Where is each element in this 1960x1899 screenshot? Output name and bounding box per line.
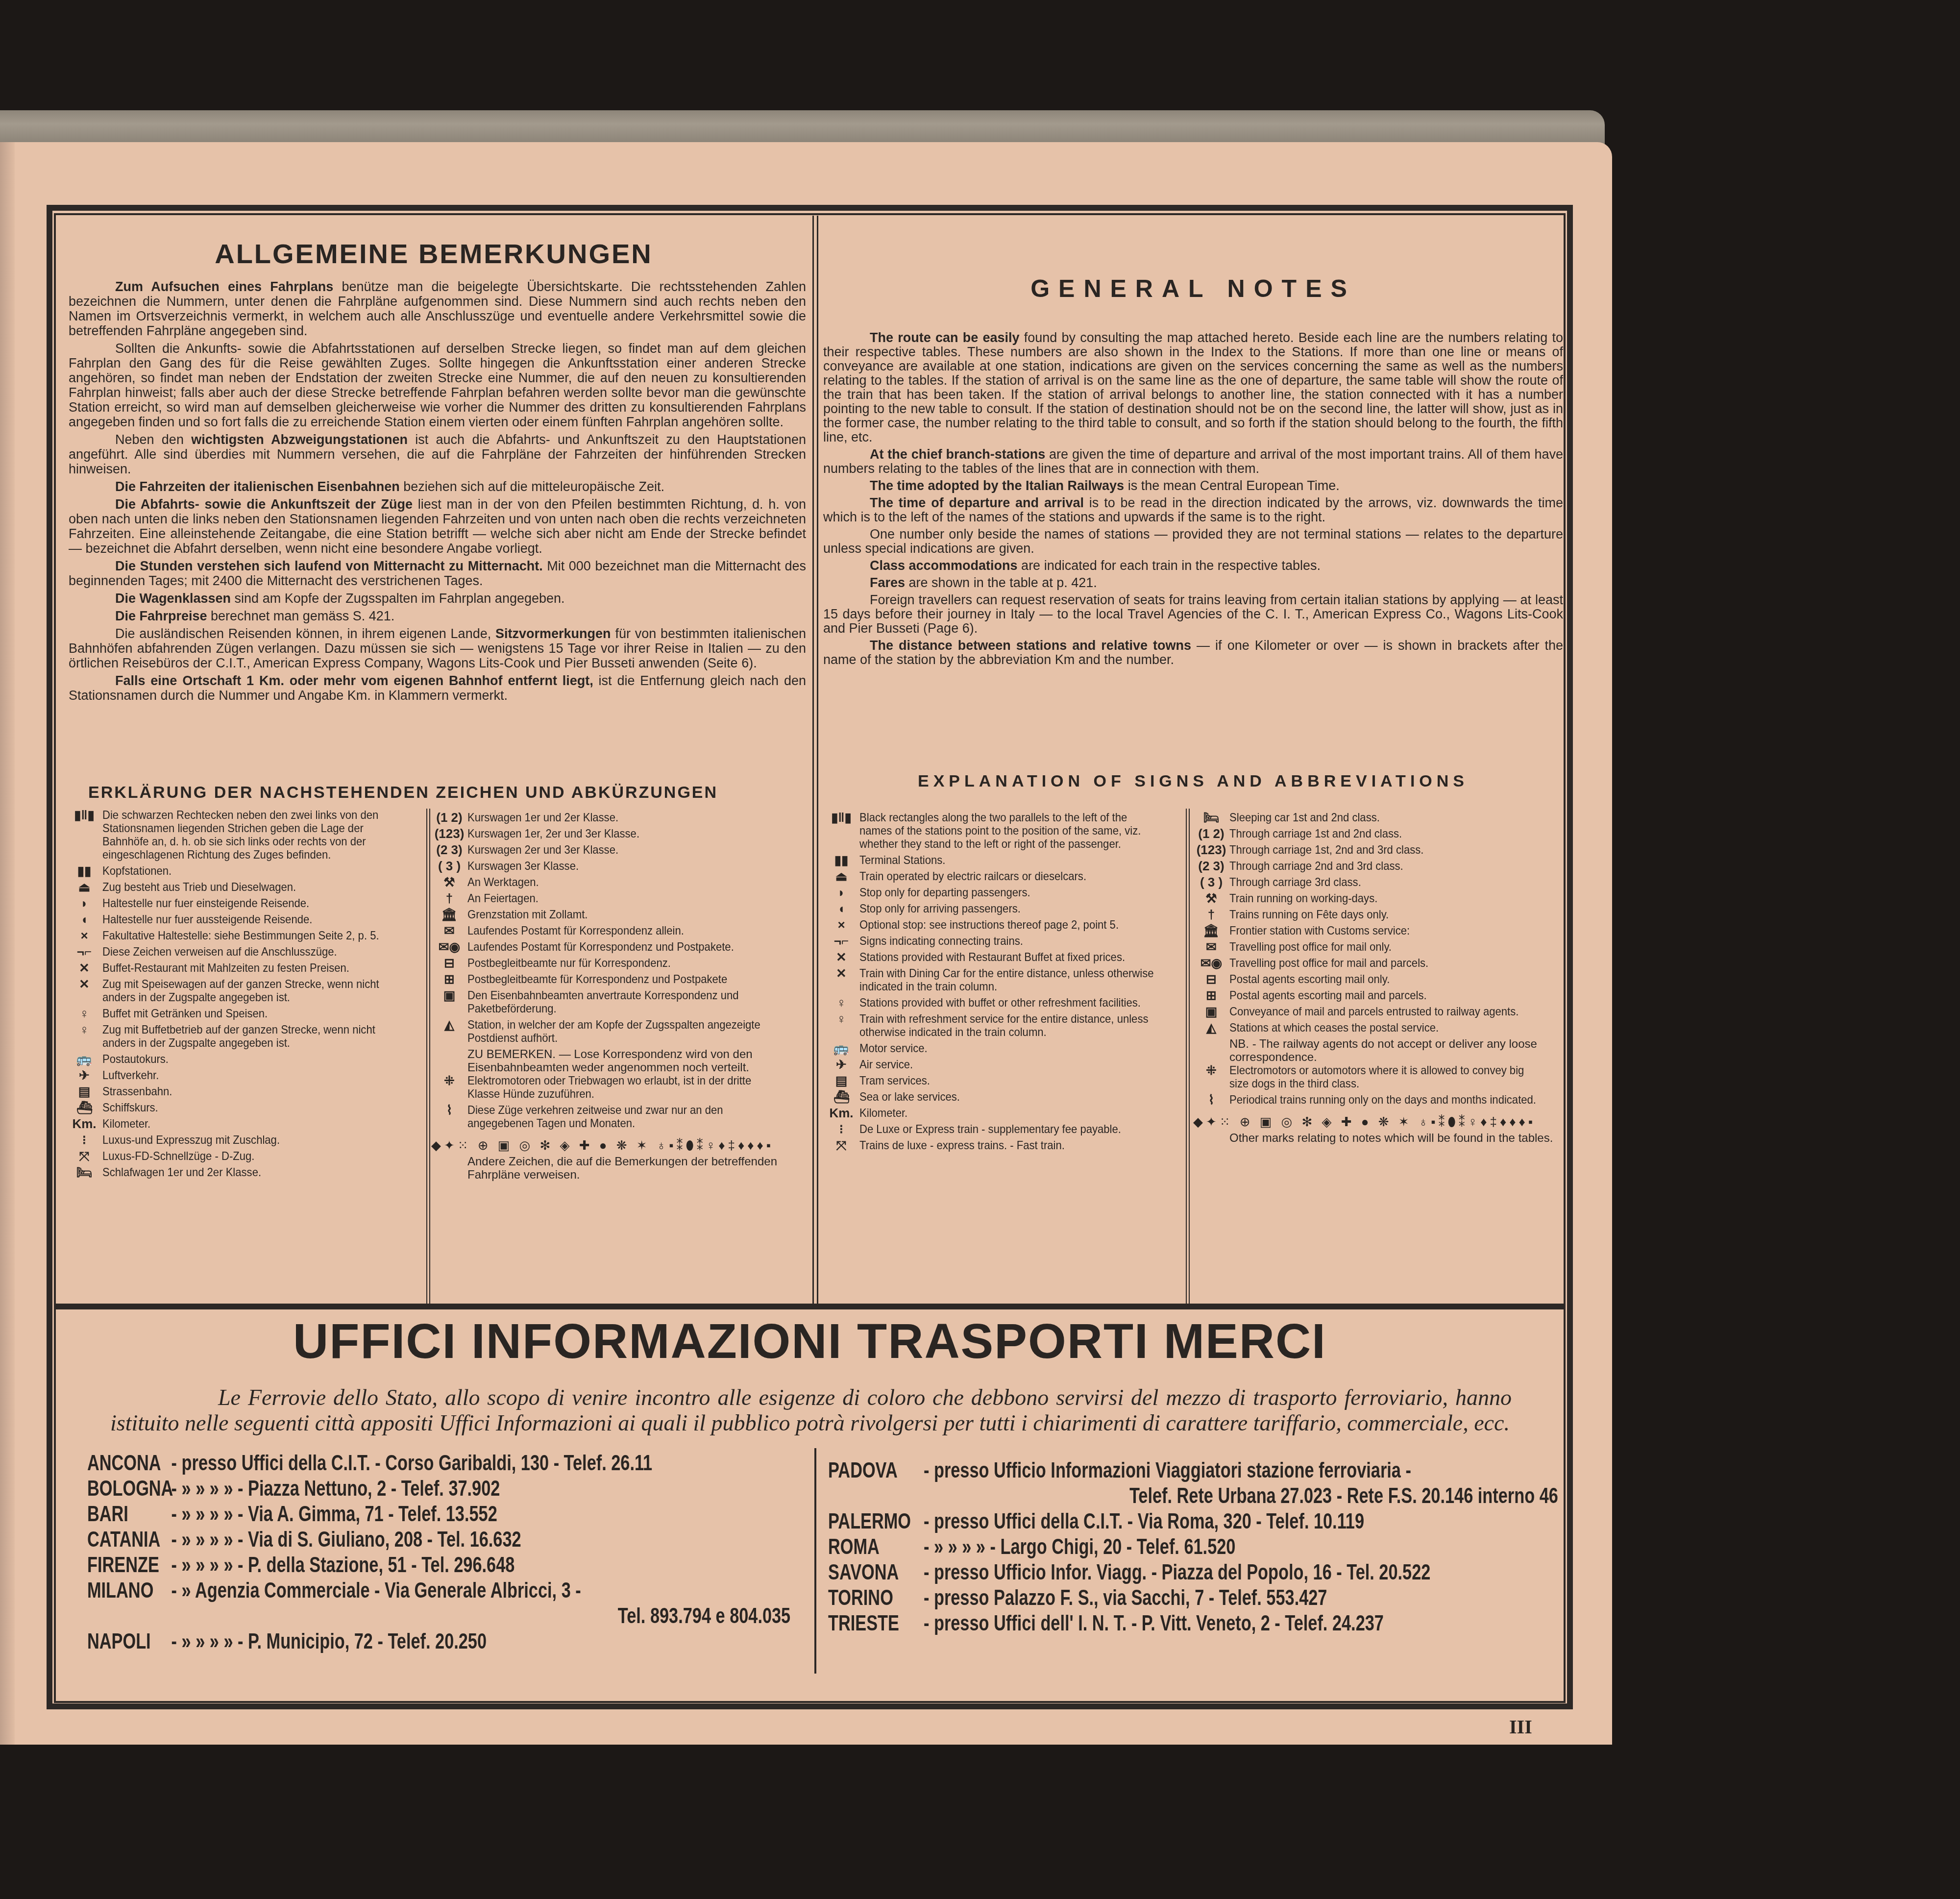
- note-paragraph: One number only beside the names of stat…: [823, 527, 1563, 556]
- paragraph-lead: Fares: [870, 575, 905, 590]
- legend-row: ¬⌐Signs indicating connecting trains.: [823, 935, 1183, 948]
- book-gutter: [0, 142, 15, 1745]
- legend-row: ⤧Trains de luxe - express trains. - Fast…: [823, 1139, 1183, 1152]
- legend-row: ⊟Postal agents escorting mail only.: [1193, 973, 1566, 986]
- station-position-bars-icon: ▮‖▮: [66, 809, 102, 862]
- paragraph-text: Sollten die Ankunfts- sowie die Abfahrts…: [69, 341, 806, 429]
- legend-row: (123)Through carriage 1st, 2nd and 3rd c…: [1193, 843, 1566, 857]
- customs-building-icon: 🏛: [1193, 924, 1229, 937]
- dogs-allowed-icon: ⁜: [1193, 1064, 1229, 1090]
- office-row: ROMA- » » » » - Largo Chigi, 20 - Telef.…: [828, 1534, 1573, 1560]
- legend-row: ✉◉Travelling post office for mail and pa…: [1193, 957, 1566, 970]
- legend-text: Sea or lake services.: [859, 1090, 1157, 1104]
- legend-text: Travelling post office for mail and parc…: [1229, 957, 1539, 970]
- legend-text: Air service.: [859, 1058, 1157, 1071]
- uffici-intro: Le Ferrovie dello Stato, allo scopo di v…: [110, 1385, 1512, 1436]
- legend-row: ▮▮Kopfstationen.: [66, 864, 424, 878]
- legend-text: Motor service.: [859, 1042, 1157, 1055]
- legend-text: Kurswagen 2er und 3er Klasse.: [467, 843, 781, 857]
- legend-text: Luxus-FD-Schnellzüge - D-Zug.: [102, 1150, 398, 1163]
- legend-row: ( 3 )Through carriage 3rd class.: [1193, 876, 1566, 889]
- german-title: ALLGEMEINE BEMERKUNGEN: [64, 238, 804, 270]
- terminal-station-icon: ▮▮: [66, 864, 102, 878]
- sleeping-car-icon: 🛏: [66, 1166, 102, 1179]
- paragraph-lead: Falls eine Ortschaft 1 Km. oder mehr vom…: [115, 673, 593, 688]
- paragraph-text: One number only beside the names of stat…: [823, 527, 1563, 556]
- legend-text: Through carriage 1st and 2nd class.: [1229, 827, 1539, 840]
- legend-row: ◗Stop only for departing passengers.: [823, 886, 1183, 899]
- periodical-train-icon: ⌇: [1193, 1093, 1229, 1107]
- german-notes: Zum Aufsuchen eines Fahrplans benütze ma…: [69, 279, 806, 706]
- working-days-icon: ⚒: [431, 876, 467, 889]
- german-legend-right: (1 2)Kurswagen 1er und 2er Klasse.(123)K…: [431, 811, 808, 1182]
- postal-agent-mail-icon: ⊟: [431, 957, 467, 970]
- paragraph-lead: The distance between stations and relati…: [870, 638, 1191, 653]
- legend-row: ⌇Diese Züge verkehren zeitweise und zwar…: [431, 1104, 808, 1130]
- office-details: - » » » » - Piazza Nettuno, 2 - Telef. 3…: [171, 1476, 500, 1502]
- paragraph-lead: Die Fahrpreise: [115, 609, 207, 623]
- kilometer-abbrev-icon: Km.: [66, 1117, 102, 1131]
- office-row: TRIESTE- presso Uffici dell' I. N. T. - …: [828, 1611, 1573, 1636]
- legend-text: Die schwarzen Rechtecken neben den zwei …: [102, 809, 398, 862]
- optional-stop-icon: ×: [66, 929, 102, 942]
- office-details: - » » » » - P. della Stazione, 51 - Tel.…: [171, 1553, 515, 1578]
- legend-text: Train running on working-days.: [1229, 892, 1539, 905]
- postal-service-end-icon: ◭: [431, 1018, 467, 1045]
- working-days-icon: ⚒: [1193, 892, 1229, 905]
- buffet-train-icon: ♀: [66, 1023, 102, 1050]
- legend-text: Schlafwagen 1er und 2er Klasse.: [102, 1166, 398, 1179]
- english-title: GENERAL NOTES: [823, 274, 1563, 303]
- legend-row: ( 3 )Kurswagen 3er Klasse.: [431, 860, 808, 873]
- note-paragraph: The time of departure and arrival is to …: [823, 496, 1563, 524]
- note-paragraph: Falls eine Ortschaft 1 Km. oder mehr vom…: [69, 673, 806, 703]
- office-details: - » » » » - P. Municipio, 72 - Telef. 20…: [171, 1629, 487, 1654]
- office-details: - presso Ufficio Infor. Viagg. - Piazza …: [924, 1560, 1430, 1585]
- legend-text: Optional stop: see instructions thereof …: [859, 918, 1157, 932]
- station-position-bars-icon: ▮‖▮: [823, 811, 859, 851]
- legend-row: ×Fakultative Haltestelle: siehe Bestimmu…: [66, 929, 424, 942]
- legend-divider-de: [426, 809, 430, 1304]
- legend-text: Laufendes Postamt für Korrespondenz und …: [467, 940, 781, 954]
- legend-note: NB. - The railway agents do not accept o…: [1193, 1037, 1566, 1064]
- english-legend-right: 🛏Sleeping car 1st and 2nd class.(1 2)Thr…: [1193, 811, 1566, 1145]
- legend-text: Electromotors or automotors where it is …: [1229, 1064, 1539, 1090]
- legend-text: Buffet-Restaurant mit Mahlzeiten zu fest…: [102, 962, 398, 975]
- note-paragraph: Die Stunden verstehen sich laufend von M…: [69, 559, 806, 588]
- book-page-edges: [0, 110, 1605, 145]
- legend-row: Km.Kilometer.: [823, 1107, 1183, 1120]
- legend-text: Stop only for arriving passengers.: [859, 902, 1157, 915]
- legend-row: ♀Stations provided with buffet or other …: [823, 996, 1183, 1010]
- legend-text: Zug besteht aus Trieb und Dieselwagen.: [102, 881, 398, 894]
- legend-text: Strassenbahn.: [102, 1085, 398, 1098]
- office-details: - presso Uffici dell' I. N. T. - P. Vitt…: [924, 1611, 1384, 1636]
- section-rule: [54, 1304, 1566, 1309]
- legend-text: Trains de luxe - express trains. - Fast …: [859, 1139, 1157, 1152]
- railway-agent-mail-icon: ▣: [431, 989, 467, 1015]
- kilometer-abbrev-icon: Km.: [823, 1107, 859, 1120]
- paragraph-lead: At the chief branch-stations: [870, 447, 1045, 462]
- terminal-station-icon: ▮▮: [823, 854, 859, 867]
- legend-text: Kopfstationen.: [102, 864, 398, 878]
- supplement-icon: ⁝: [823, 1123, 859, 1136]
- legend-row: (2 3)Kurswagen 2er und 3er Klasse.: [431, 843, 808, 857]
- legend-text: Laufendes Postamt für Korrespondenz alle…: [467, 924, 781, 937]
- legend-row: ◭Station, in welcher der am Kopfe der Zu…: [431, 1018, 808, 1045]
- office-row: Tel. 893.794 e 804.035: [87, 1603, 806, 1629]
- connecting-trains-icon: ¬⌐: [823, 935, 859, 948]
- legend-text: Station, in welcher der am Kopfe der Zug…: [467, 1018, 781, 1045]
- holiday-cross-icon: †: [1193, 908, 1229, 921]
- legend-text: Kurswagen 1er und 2er Klasse.: [467, 811, 781, 824]
- paragraph-text: berechnet man gemäss S. 421.: [207, 609, 395, 623]
- paragraph-text: found by consulting the map attached her…: [823, 330, 1563, 444]
- railway-agent-mail-icon: ▣: [1193, 1005, 1229, 1018]
- envelope-parcel-icon: ✉◉: [1193, 957, 1229, 970]
- legend-row: ✈Luftverkehr.: [66, 1069, 424, 1082]
- buffet-train-icon: ♀: [823, 1012, 859, 1039]
- legend-text: Trains running on Fête days only.: [1229, 908, 1539, 921]
- paragraph-text: Foreign travellers can request reservati…: [823, 592, 1563, 636]
- legend-row: ▣Conveyance of mail and parcels entruste…: [1193, 1005, 1566, 1018]
- note-paragraph: Die ausländischen Reisenden können, in i…: [69, 626, 806, 670]
- office-details: - » » » » - Via di S. Giuliano, 208 - Te…: [171, 1527, 521, 1553]
- legend-text: Luftverkehr.: [102, 1069, 398, 1082]
- legend-row: †Trains running on Fête days only.: [1193, 908, 1566, 921]
- legend-row: ◖Haltestelle nur fuer aussteigende Reise…: [66, 913, 424, 926]
- ship-icon: ⛴: [823, 1090, 859, 1104]
- legend-row: ⁜Elektromotoren oder Triebwagen wo erlau…: [431, 1074, 808, 1101]
- office-city: [87, 1603, 171, 1629]
- half-circle-right-icon: ◗: [823, 886, 859, 899]
- legend-row: ▤Tram services.: [823, 1074, 1183, 1087]
- office-details: - presso Palazzo F. S., via Sacchi, 7 - …: [924, 1585, 1327, 1611]
- office-city: TRIESTE: [828, 1611, 924, 1636]
- office-city: PADOVA: [828, 1458, 924, 1483]
- legend-row: ⁝De Luxe or Express train - supplementar…: [823, 1123, 1183, 1136]
- dining-car-icon: ✕: [66, 978, 102, 1004]
- uffici-title: UFFICI INFORMAZIONI TRASPORTI MERCI: [54, 1313, 1566, 1370]
- office-city: SAVONA: [828, 1560, 924, 1585]
- buffet-glass-icon: ♀: [66, 1007, 102, 1020]
- paragraph-lead: Die Abfahrts- sowie die Ankunftszeit der…: [115, 497, 413, 512]
- legend-row: ⊞Postbegleitbeamte für Korrespondenz und…: [431, 973, 808, 986]
- office-details: Tel. 893.794 e 804.035: [171, 1603, 806, 1629]
- legend-text: Postbegleitbeamte für Korrespondenz und …: [467, 973, 781, 986]
- office-city: BOLOGNA: [87, 1476, 171, 1502]
- legend-row: ✕Buffet-Restaurant mit Mahlzeiten zu fes…: [66, 962, 424, 975]
- legend-row: Km.Kilometer.: [66, 1117, 424, 1131]
- legend-text: Schiffskurs.: [102, 1101, 398, 1114]
- paragraph-text: is the mean Central European Time.: [1124, 478, 1340, 493]
- legend-row: ✕Zug mit Speisewagen auf der ganzen Stre…: [66, 978, 424, 1004]
- half-circle-left-icon: ◖: [66, 913, 102, 926]
- paragraph-text: beziehen sich auf die mitteleuropäische …: [400, 479, 664, 494]
- paragraph-text: sind am Kopfe der Zugsspalten im Fahrpla…: [231, 591, 564, 606]
- legend-text: An Werktagen.: [467, 876, 781, 889]
- legend-row: ◭Stations at which ceases the postal ser…: [1193, 1021, 1566, 1035]
- legend-text: Kilometer.: [859, 1107, 1157, 1120]
- paragraph-lead: Zum Aufsuchen eines Fahrplans: [115, 279, 333, 294]
- office-city: BARI: [87, 1502, 171, 1527]
- office-row: BOLOGNA- » » » » - Piazza Nettuno, 2 - T…: [87, 1476, 806, 1502]
- legend-row: 🛏Schlafwagen 1er und 2er Klasse.: [66, 1166, 424, 1179]
- legend-text: Luxus-und Expresszug mit Zuschlag.: [102, 1134, 398, 1147]
- ship-icon: ⛴: [66, 1101, 102, 1114]
- english-legend-left: ▮‖▮Black rectangles along the two parall…: [823, 811, 1183, 1155]
- office-details: Telef. Rete Urbana 27.023 - Rete F.S. 20…: [924, 1483, 1573, 1509]
- office-row: FIRENZE- » » » » - P. della Stazione, 51…: [87, 1553, 806, 1578]
- address-divider: [814, 1448, 816, 1674]
- legend-row: ✉Laufendes Postamt für Korrespondenz all…: [431, 924, 808, 937]
- office-row: MILANO- » Agenzia Commerciale - Via Gene…: [87, 1578, 806, 1603]
- railcar-icon: ⏏: [66, 881, 102, 894]
- english-notes: The route can be easily found by consult…: [823, 331, 1563, 670]
- legend-row: ✕Stations provided with Restaurant Buffe…: [823, 951, 1183, 964]
- office-details: - presso Uffici della C.I.T. - Via Roma,…: [924, 1509, 1364, 1534]
- legend-text: Frontier station with Customs service:: [1229, 924, 1539, 937]
- tram-icon: ▤: [823, 1074, 859, 1087]
- paragraph-text: are shown in the table at p. 421.: [905, 575, 1097, 590]
- legend-row: ⊟Postbegleitbeamte nur für Korrespondenz…: [431, 957, 808, 970]
- paragraph-lead: Die Wagenklassen: [115, 591, 231, 606]
- postal-agent-mail-icon: ⊟: [1193, 973, 1229, 986]
- office-city: ANCONA: [87, 1451, 171, 1476]
- legend-text: Black rectangles along the two parallels…: [859, 811, 1157, 851]
- legend-row: (1 2)Kurswagen 1er und 2er Klasse.: [431, 811, 808, 824]
- legend-row: ▣Den Eisenbahnbeamten anvertraute Korres…: [431, 989, 808, 1015]
- legend-text: Buffet mit Getränken und Speisen.: [102, 1007, 398, 1020]
- office-city: PALERMO: [828, 1509, 924, 1534]
- legend-row: ◖Stop only for arriving passengers.: [823, 902, 1183, 915]
- legend-text: Elektromotoren oder Triebwagen wo erlaub…: [467, 1074, 781, 1101]
- paragraph-prefix: Neben den: [115, 432, 191, 447]
- office-row: TORINO- presso Palazzo F. S., via Sacchi…: [828, 1585, 1573, 1611]
- railcar-icon: ⏏: [823, 870, 859, 883]
- legend-text: Diese Züge verkehren zeitweise und zwar …: [467, 1104, 781, 1130]
- paragraph-lead: wichtigsten Abzweigungstationen: [191, 432, 408, 447]
- note-paragraph: Die Fahrzeiten der italienischen Eisenba…: [69, 479, 806, 494]
- legend-text: Diese Zeichen verweisen auf die Anschlus…: [102, 945, 398, 959]
- half-circle-right-icon: ◗: [66, 897, 102, 910]
- through-carriage-12-icon: (1 2): [431, 811, 467, 824]
- legend-row: ✈Air service.: [823, 1058, 1183, 1071]
- paragraph-lead: Sitzvormerkungen: [495, 626, 611, 641]
- motor-bus-icon: 🚌: [823, 1042, 859, 1055]
- customs-building-icon: 🏛: [431, 908, 467, 921]
- office-row: NAPOLI- » » » » - P. Municipio, 72 - Tel…: [87, 1629, 806, 1654]
- legend-text: Zug mit Buffetbetrieb auf der ganzen Str…: [102, 1023, 398, 1050]
- legend-text: Travelling post office for mail only.: [1229, 940, 1539, 954]
- note-paragraph: The distance between stations and relati…: [823, 639, 1563, 667]
- legend-row: ⛴Schiffskurs.: [66, 1101, 424, 1114]
- note-paragraph: Class accommodations are indicated for e…: [823, 559, 1563, 573]
- office-city: [828, 1483, 924, 1509]
- legend-row: 🚌Motor service.: [823, 1042, 1183, 1055]
- note-paragraph: The route can be easily found by consult…: [823, 331, 1563, 444]
- sleeping-car-icon: 🛏: [1193, 811, 1229, 824]
- legend-text: Train with refreshment service for the e…: [859, 1012, 1157, 1039]
- legend-row: (1 2)Through carriage 1st and 2nd class.: [1193, 827, 1566, 840]
- office-city: MILANO: [87, 1578, 171, 1603]
- office-row: PALERMO- presso Uffici della C.I.T. - Vi…: [828, 1509, 1573, 1534]
- legend-text: Through carriage 1st, 2nd and 3rd class.: [1229, 843, 1539, 857]
- legend-row: ⏏Zug besteht aus Trieb und Dieselwagen.: [66, 881, 424, 894]
- office-row: ANCONA- presso Uffici della C.I.T. - Cor…: [87, 1451, 806, 1476]
- office-row: BARI- » » » » - Via A. Gimma, 71 - Telef…: [87, 1502, 806, 1527]
- note-paragraph: Die Wagenklassen sind am Kopfe der Zugss…: [69, 591, 806, 606]
- office-city: NAPOLI: [87, 1629, 171, 1654]
- legend-text: Conveyance of mail and parcels entrusted…: [1229, 1005, 1539, 1018]
- legend-row: ⁝Luxus-und Expresszug mit Zuschlag.: [66, 1134, 424, 1147]
- motor-bus-icon: 🚌: [66, 1053, 102, 1066]
- legend-row: ⚒An Werktagen.: [431, 876, 808, 889]
- legend-row: 🛏Sleeping car 1st and 2nd class.: [1193, 811, 1566, 824]
- buffet-glass-icon: ♀: [823, 996, 859, 1010]
- legend-row: ▮‖▮Die schwarzen Rechtecken neben den zw…: [66, 809, 424, 862]
- note-paragraph: Neben den wichtigsten Abzweigungstatione…: [69, 432, 806, 476]
- other-marks-text: Andere Zeichen, die auf die Bemerkungen …: [431, 1155, 808, 1182]
- legend-row: ⤧Luxus-FD-Schnellzüge - D-Zug.: [66, 1150, 424, 1163]
- legend-row: 🏛Frontier station with Customs service:: [1193, 924, 1566, 937]
- paragraph-lead: Die Fahrzeiten der italienischen Eisenba…: [115, 479, 400, 494]
- dining-car-icon: ✕: [823, 967, 859, 993]
- paragraph-lead: Class accommodations: [870, 558, 1018, 573]
- through-carriage-23-icon: (2 3): [1193, 860, 1229, 873]
- legend-row: ×Optional stop: see instructions thereof…: [823, 918, 1183, 932]
- other-marks-icon: ◆✦⁙ ⊕ ▣ ◎ ✻ ◈ ✚ ● ❋ ✶ ♁▪⁑⬮⁑♀♦‡♦♦♦▪: [431, 1139, 808, 1152]
- legend-text: Haltestelle nur fuer einsteigende Reisen…: [102, 897, 398, 910]
- office-city: FIRENZE: [87, 1553, 171, 1578]
- office-details: - » » » » - Via A. Gimma, 71 - Telef. 13…: [171, 1502, 497, 1527]
- legend-text: Stop only for departing passengers.: [859, 886, 1157, 899]
- legend-text: Kurswagen 1er, 2er und 3er Klasse.: [467, 827, 781, 840]
- fast-train-arrows-icon: ⤧: [66, 1150, 102, 1163]
- fast-train-arrows-icon: ⤧: [823, 1139, 859, 1152]
- offices-right-list: PADOVA- presso Ufficio Informazioni Viag…: [828, 1458, 1573, 1636]
- legend-text: Kilometer.: [102, 1117, 398, 1131]
- legend-text: Train operated by electric railcars or d…: [859, 870, 1157, 883]
- note-paragraph: The time adopted by the Italian Railways…: [823, 479, 1563, 493]
- supplement-icon: ⁝: [66, 1134, 102, 1147]
- note-paragraph: Zum Aufsuchen eines Fahrplans benütze ma…: [69, 279, 806, 338]
- legend-text: Tram services.: [859, 1074, 1157, 1087]
- office-details: - presso Ufficio Informazioni Viaggiator…: [924, 1458, 1411, 1483]
- optional-stop-icon: ×: [823, 918, 859, 932]
- note-paragraph: Sollten die Ankunfts- sowie die Abfahrts…: [69, 341, 806, 429]
- legend-text: Train with Dining Car for the entire dis…: [859, 967, 1157, 993]
- other-marks-icon: ◆✦⁙ ⊕ ▣ ◎ ✻ ◈ ✚ ● ❋ ✶ ♁▪⁑⬮⁑♀♦‡♦♦♦▪: [1193, 1115, 1566, 1129]
- through-carriage-3-icon: ( 3 ): [431, 860, 467, 873]
- column-divider: [812, 216, 818, 1306]
- other-marks-text: Other marks relating to notes which will…: [1193, 1132, 1566, 1145]
- note-paragraph: Foreign travellers can request reservati…: [823, 593, 1563, 636]
- through-carriage-12-icon: (1 2): [1193, 827, 1229, 840]
- note-paragraph: Die Fahrpreise berechnet man gemäss S. 4…: [69, 609, 806, 623]
- legend-text: De Luxe or Express train - supplementary…: [859, 1123, 1157, 1136]
- through-carriage-3-icon: ( 3 ): [1193, 876, 1229, 889]
- legend-text: Stations at which ceases the postal serv…: [1229, 1021, 1539, 1035]
- legend-text: Through carriage 3rd class.: [1229, 876, 1539, 889]
- legend-text: Postbegleitbeamte nur für Korrespondenz.: [467, 957, 781, 970]
- legend-row: ⊞Postal agents escorting mail and parcel…: [1193, 989, 1566, 1002]
- legend-row: †An Feiertagen.: [431, 892, 808, 905]
- legend-row: ⚒Train running on working-days.: [1193, 892, 1566, 905]
- legend-row: ♀Buffet mit Getränken und Speisen.: [66, 1007, 424, 1020]
- legend-text: Postautokurs.: [102, 1053, 398, 1066]
- dogs-allowed-icon: ⁜: [431, 1074, 467, 1101]
- office-details: - » » » » - Largo Chigi, 20 - Telef. 61.…: [924, 1534, 1235, 1560]
- page-number: III: [1509, 1715, 1532, 1738]
- legend-row: 🚌Postautokurs.: [66, 1053, 424, 1066]
- legend-text: Through carriage 2nd and 3rd class.: [1229, 860, 1539, 873]
- legend-row: ✕Train with Dining Car for the entire di…: [823, 967, 1183, 993]
- crossed-cutlery-icon: ✕: [66, 962, 102, 975]
- legend-divider-en: [1186, 809, 1190, 1304]
- paragraph-lead: The time of departure and arrival: [870, 495, 1084, 510]
- legend-text: An Feiertagen.: [467, 892, 781, 905]
- through-carriage-123-icon: (123): [1193, 843, 1229, 857]
- legend-text: Stations provided with buffet or other r…: [859, 996, 1157, 1010]
- holiday-cross-icon: †: [431, 892, 467, 905]
- legend-row: ⁜Electromotors or automotors where it is…: [1193, 1064, 1566, 1090]
- paragraph-lead: Die Stunden verstehen sich laufend von M…: [115, 559, 543, 573]
- office-city: ROMA: [828, 1534, 924, 1560]
- envelope-icon: ✉: [1193, 940, 1229, 954]
- legend-row: ⛴Sea or lake services.: [823, 1090, 1183, 1104]
- envelope-parcel-icon: ✉◉: [431, 940, 467, 954]
- legend-text: Grenzstation mit Zollamt.: [467, 908, 781, 921]
- envelope-icon: ✉: [431, 924, 467, 937]
- legend-text: Postal agents escorting mail only.: [1229, 973, 1539, 986]
- paragraph-prefix: Die ausländischen Reisenden können, in i…: [115, 626, 495, 641]
- german-legend-title: ERKLÄRUNG DER NACHSTEHENDEN ZEICHEN UND …: [88, 783, 813, 802]
- note-paragraph: Die Abfahrts- sowie die Ankunftszeit der…: [69, 497, 806, 556]
- legend-text: Haltestelle nur fuer aussteigende Reisen…: [102, 913, 398, 926]
- legend-text: Kurswagen 3er Klasse.: [467, 860, 781, 873]
- half-circle-left-icon: ◖: [823, 902, 859, 915]
- tram-icon: ▤: [66, 1085, 102, 1098]
- paragraph-lead: The route can be easily: [870, 330, 1020, 345]
- legend-text: Zug mit Speisewagen auf der ganzen Strec…: [102, 978, 398, 1004]
- airplane-icon: ✈: [823, 1058, 859, 1071]
- legend-text: Signs indicating connecting trains.: [859, 935, 1157, 948]
- legend-text: Fakultative Haltestelle: siehe Bestimmun…: [102, 929, 398, 942]
- legend-text: Sleeping car 1st and 2nd class.: [1229, 811, 1539, 824]
- office-city: TORINO: [828, 1585, 924, 1611]
- crossed-cutlery-icon: ✕: [823, 951, 859, 964]
- through-carriage-123-icon: (123): [431, 827, 467, 840]
- office-details: - presso Uffici della C.I.T. - Corso Gar…: [171, 1451, 653, 1476]
- postal-agent-parcel-icon: ⊞: [431, 973, 467, 986]
- through-carriage-23-icon: (2 3): [431, 843, 467, 857]
- office-row: PADOVA- presso Ufficio Informazioni Viag…: [828, 1458, 1573, 1483]
- legend-row: ▮▮Terminal Stations.: [823, 854, 1183, 867]
- office-row: CATANIA- » » » » - Via di S. Giuliano, 2…: [87, 1527, 806, 1553]
- legend-row: ⏏Train operated by electric railcars or …: [823, 870, 1183, 883]
- office-row: SAVONA- presso Ufficio Infor. Viagg. - P…: [828, 1560, 1573, 1585]
- note-paragraph: Fares are shown in the table at p. 421.: [823, 576, 1563, 590]
- legend-row: ▤Strassenbahn.: [66, 1085, 424, 1098]
- legend-row: ⌇Periodical trains running only on the d…: [1193, 1093, 1566, 1107]
- german-legend-left: ▮‖▮Die schwarzen Rechtecken neben den zw…: [66, 809, 424, 1182]
- legend-row: ◗Haltestelle nur fuer einsteigende Reise…: [66, 897, 424, 910]
- english-legend-title: EXPLANATION OF SIGNS AND ABBREVIATIONS: [823, 772, 1563, 791]
- legend-row: ▮‖▮Black rectangles along the two parall…: [823, 811, 1183, 851]
- legend-row: ♀Train with refreshment service for the …: [823, 1012, 1183, 1039]
- paragraph-lead: The time adopted by the Italian Railways: [870, 478, 1124, 493]
